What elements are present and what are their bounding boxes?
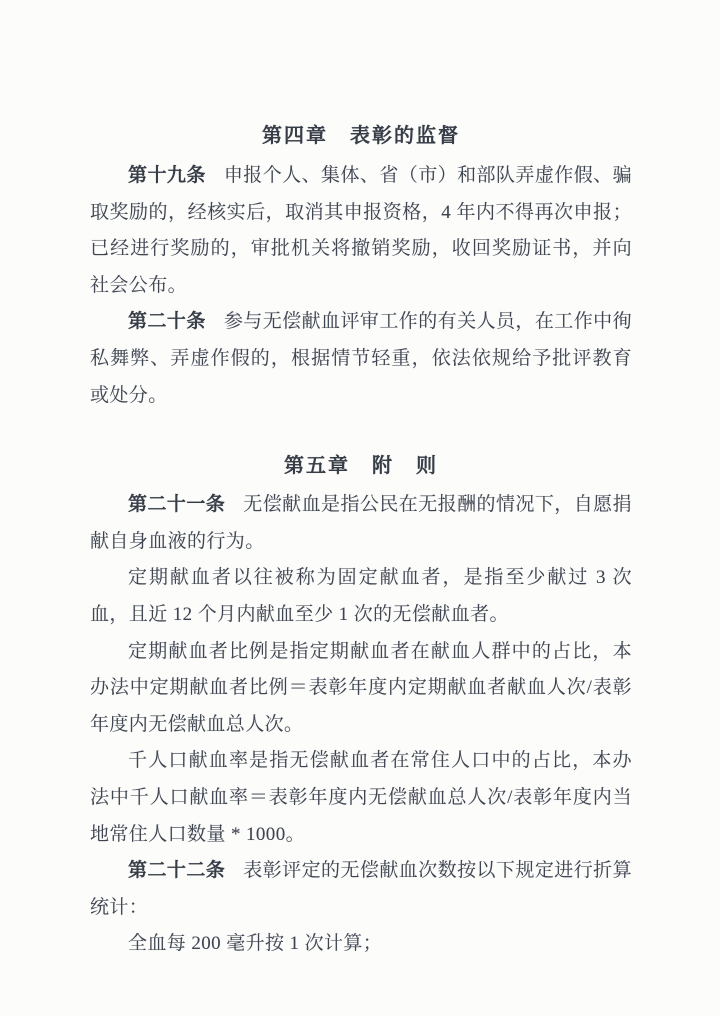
article-19-paragraph: 第十九条申报个人、集体、省（市）和部队弄虚作假、骗取奖励的，经核实后，取消其申报…: [90, 158, 632, 304]
chapter-4-heading: 第四章 表彰的监督: [90, 118, 632, 155]
definition-regular-donor-ratio: 定期献血者比例是指定期献血者在献血人群中的占比，本办法中定期献血者比例＝表彰年度…: [90, 634, 632, 744]
article-22-paragraph: 第二十二条表彰评定的无偿献血次数按以下规定进行折算统计：: [90, 853, 632, 926]
article-21-paragraph: 第二十一条无偿献血是指公民在无报酬的情况下，自愿捐献自身血液的行为。: [90, 487, 632, 560]
conversion-rule-whole-blood: 全血每 200 毫升按 1 次计算；: [90, 926, 632, 963]
definition-per-thousand-rate: 千人口献血率是指无偿献血者在常住人口中的占比，本办法中千人口献血率＝表彰年度内无…: [90, 743, 632, 853]
article-20-paragraph: 第二十条参与无偿献血评审工作的有关人员，在工作中徇私舞弊、弄虚作假的，根据情节轻…: [90, 304, 632, 414]
article-20-term: 第二十条: [128, 311, 206, 332]
article-21-term: 第二十一条: [128, 494, 225, 515]
document-page: 第四章 表彰的监督 第十九条申报个人、集体、省（市）和部队弄虚作假、骗取奖励的，…: [0, 0, 720, 1016]
chapter-5-heading: 第五章 附 则: [90, 448, 632, 485]
article-19-term: 第十九条: [128, 165, 206, 186]
definition-regular-donor: 定期献血者以往被称为固定献血者，是指至少献过 3 次血，且近 12 个月内献血至…: [90, 560, 632, 633]
article-22-term: 第二十二条: [128, 860, 225, 881]
